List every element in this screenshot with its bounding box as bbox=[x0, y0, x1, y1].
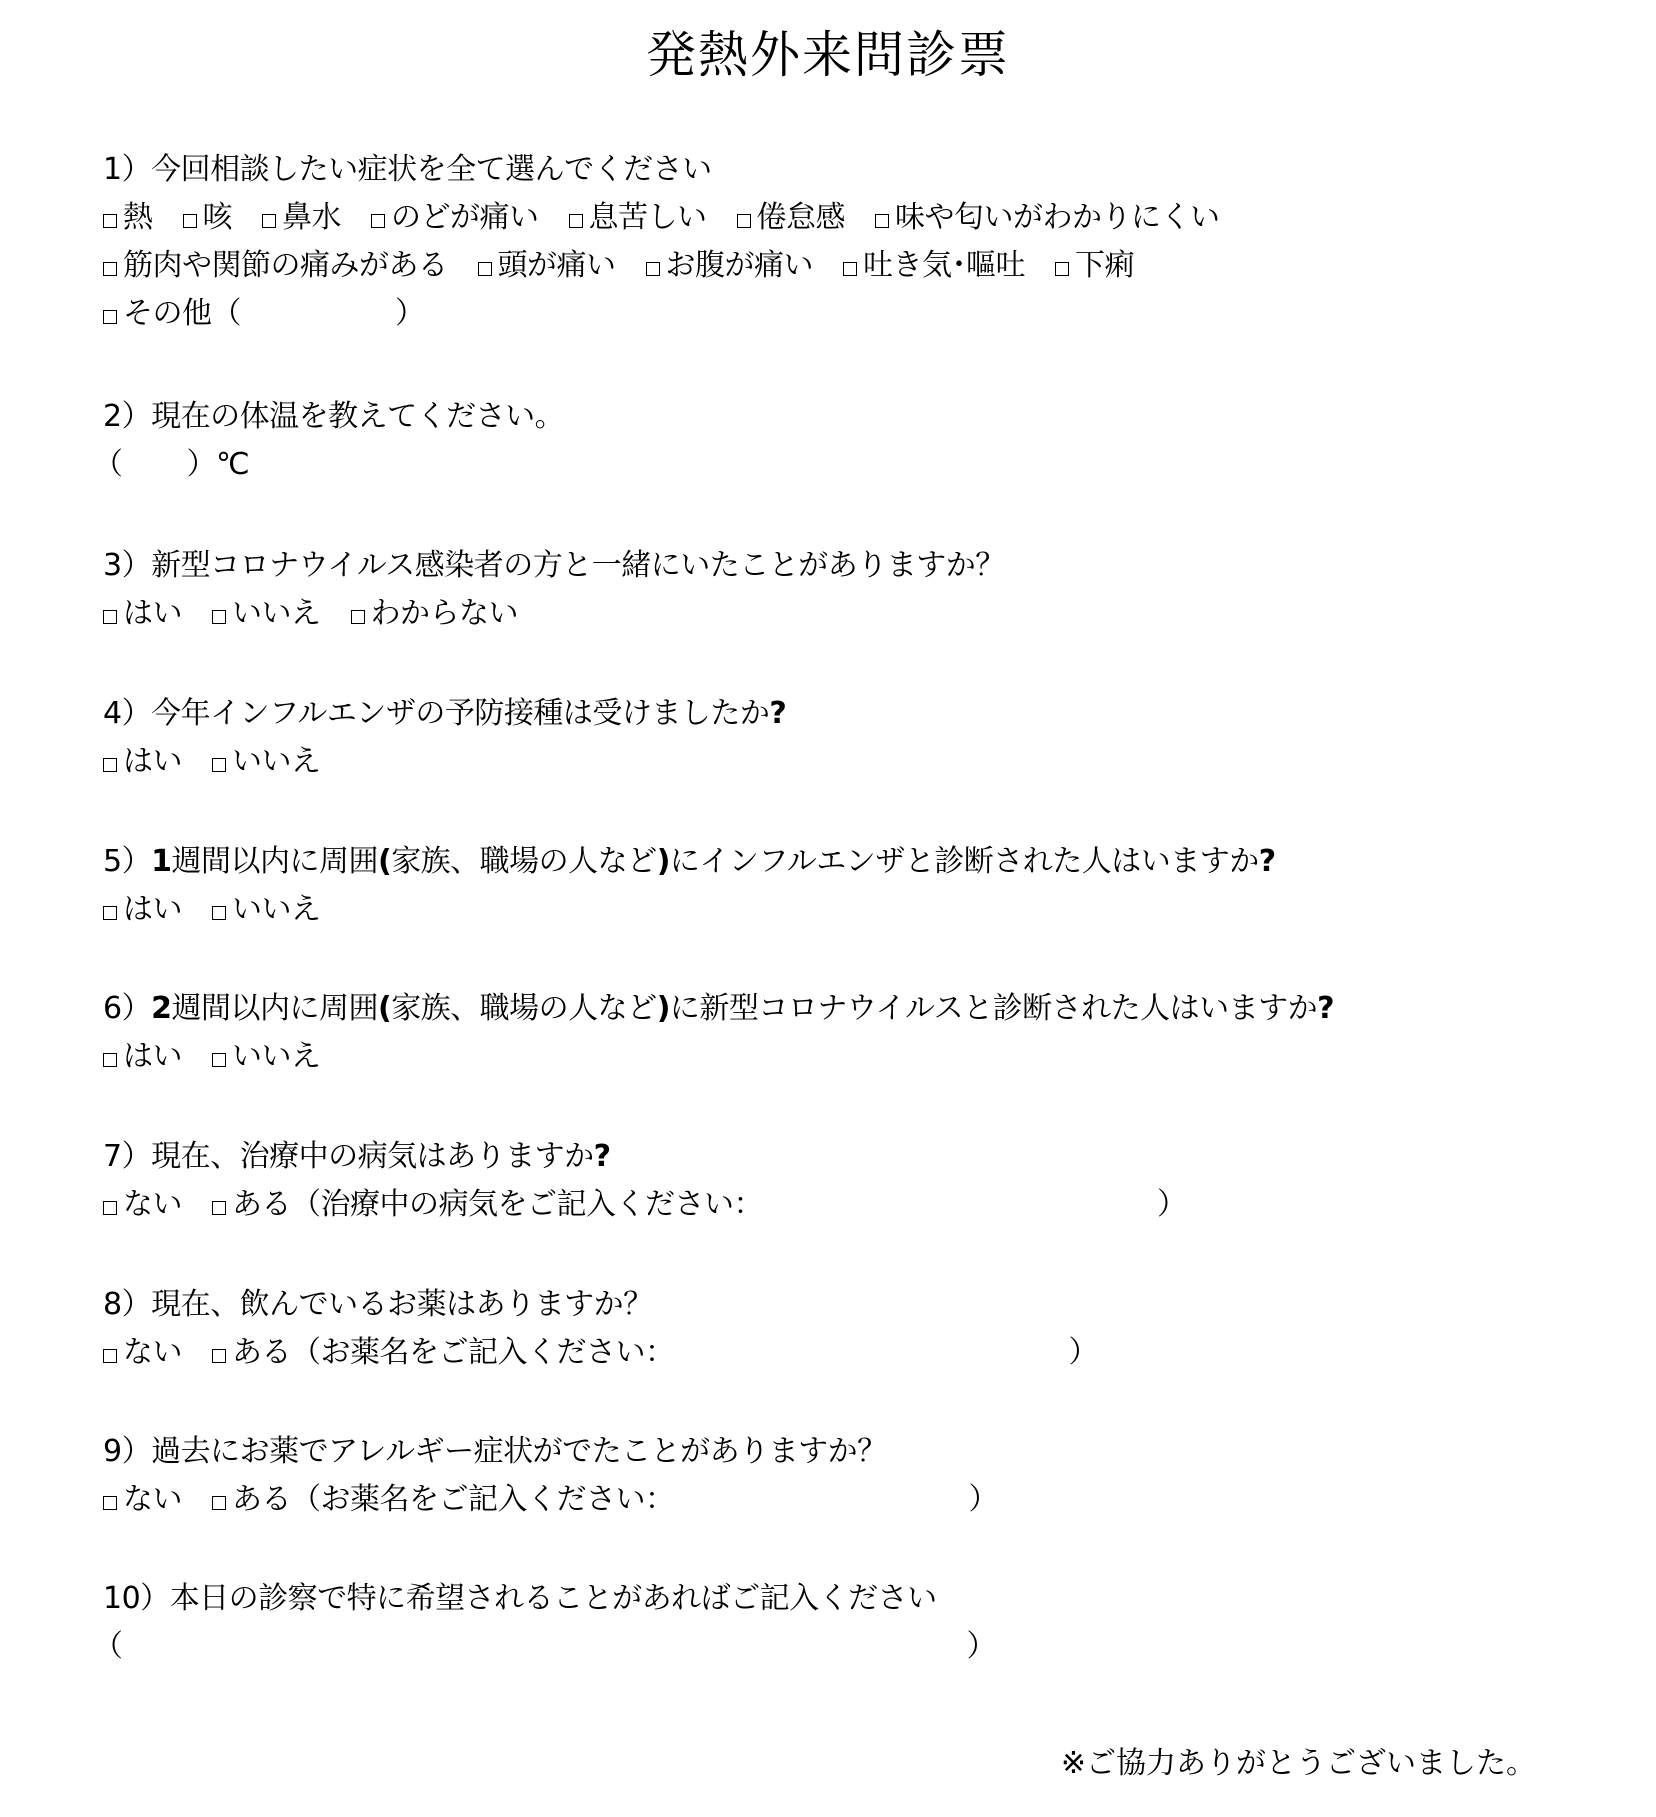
checkbox-icon[interactable] bbox=[103, 906, 117, 920]
question-label: 過去にお薬でアレルギー症状がでたことがありますか？ bbox=[151, 1434, 887, 1469]
question-8-text: 8）現在、飲んでいるお薬はありますか？ bbox=[103, 1281, 1623, 1329]
checkbox-icon[interactable] bbox=[212, 610, 226, 624]
question-number: 1） bbox=[103, 152, 151, 187]
paren-close: ) bbox=[657, 844, 670, 879]
temperature-input[interactable] bbox=[123, 446, 187, 484]
option-no[interactable]: いいえ bbox=[212, 590, 321, 638]
option-label: はい bbox=[123, 590, 182, 638]
checkbox-icon[interactable] bbox=[478, 262, 492, 276]
option-has-medication[interactable]: ある（お薬名をご記入ください： bbox=[212, 1329, 675, 1377]
symptom-cough[interactable]: 咳 bbox=[183, 194, 233, 242]
option-label: その他（ bbox=[123, 290, 241, 338]
checkbox-icon[interactable] bbox=[103, 1349, 117, 1363]
question-label: 家族、職場の人など bbox=[391, 844, 657, 879]
symptom-diarrhea[interactable]: 下痢 bbox=[1055, 242, 1134, 290]
question-1: 1）今回相談したい症状を全て選んでください 熱 咳 鼻水 のどが痛い 息苦しい … bbox=[103, 146, 1623, 338]
option-label: ある（治療中の病気をご記入ください： bbox=[232, 1181, 763, 1229]
question-label: 今年インフルエンザの予防接種は受けましたか bbox=[151, 696, 769, 731]
option-yes[interactable]: はい bbox=[103, 738, 182, 786]
question-label: 現在、飲んでいるお薬はありますか？ bbox=[151, 1287, 653, 1322]
question-number: 3） bbox=[103, 548, 151, 583]
symptom-muscle-joint-pain[interactable]: 筋肉や関節の痛みがある bbox=[103, 242, 448, 290]
week-count: 1 bbox=[151, 844, 171, 879]
question-2-text: 2）現在の体温を教えてください。 bbox=[103, 393, 1623, 441]
checkbox-icon[interactable] bbox=[212, 1496, 226, 1510]
answer-row: ない ある（お薬名をご記入ください： ） bbox=[103, 1476, 1623, 1524]
symptom-runny-nose[interactable]: 鼻水 bbox=[262, 194, 341, 242]
paren-close: ） bbox=[967, 1623, 997, 1671]
question-mark: ? bbox=[769, 696, 786, 731]
checkbox-icon[interactable] bbox=[212, 1349, 226, 1363]
paren-close: ） bbox=[1157, 1181, 1187, 1229]
option-label: 鼻水 bbox=[282, 194, 341, 242]
request-row: （ ） bbox=[103, 1623, 1623, 1671]
symptom-row-1: 熱 咳 鼻水 のどが痛い 息苦しい 倦怠感 味や匂いがわかりにくい bbox=[103, 194, 1623, 242]
option-label: 熱 bbox=[123, 194, 153, 242]
checkbox-icon[interactable] bbox=[843, 262, 857, 276]
symptom-fatigue[interactable]: 倦怠感 bbox=[737, 194, 846, 242]
answer-row: ない ある（治療中の病気をご記入ください： ） bbox=[103, 1181, 1623, 1229]
checkbox-icon[interactable] bbox=[103, 1496, 117, 1510]
option-label: 味や匂いがわかりにくい bbox=[895, 194, 1220, 242]
paren-close: ） bbox=[187, 441, 217, 489]
checkbox-icon[interactable] bbox=[103, 214, 117, 228]
paren-close: ) bbox=[657, 991, 670, 1026]
paren-open: ( bbox=[378, 991, 391, 1026]
option-label: 吐き気･嘔吐 bbox=[863, 242, 1025, 290]
question-number: 8） bbox=[103, 1287, 151, 1322]
thank-you-note: ※ご協力ありがとうございました。 bbox=[1061, 1740, 1536, 1788]
option-yes[interactable]: はい bbox=[103, 886, 182, 934]
symptom-row-2: 筋肉や関節の痛みがある 頭が痛い お腹が痛い 吐き気･嘔吐 下痢 bbox=[103, 242, 1623, 290]
option-label: はい bbox=[123, 738, 182, 786]
answer-row: はい いいえ bbox=[103, 1033, 1623, 1081]
paren-open: （ bbox=[93, 441, 123, 489]
question-label: 今回相談したい症状を全て選んでください bbox=[151, 152, 712, 187]
question-8: 8）現在、飲んでいるお薬はありますか？ ない ある（お薬名をご記入ください： ） bbox=[103, 1281, 1623, 1377]
checkbox-icon[interactable] bbox=[1055, 262, 1069, 276]
medication-name-input[interactable] bbox=[675, 1334, 1069, 1372]
symptom-shortness-of-breath[interactable]: 息苦しい bbox=[569, 194, 707, 242]
option-label: いいえ bbox=[232, 590, 321, 638]
paren-close: ） bbox=[1069, 1329, 1099, 1377]
celsius-unit: ℃ bbox=[216, 441, 249, 489]
option-label: のどが痛い bbox=[391, 194, 539, 242]
checkbox-icon[interactable] bbox=[103, 1201, 117, 1215]
checkbox-icon[interactable] bbox=[875, 214, 889, 228]
paren-close: ） bbox=[395, 290, 425, 338]
answer-row: はい いいえ bbox=[103, 886, 1623, 934]
checkbox-icon[interactable] bbox=[103, 1053, 117, 1067]
question-number: 4） bbox=[103, 696, 151, 731]
question-6: 6）2週間以内に周囲(家族、職場の人など)に新型コロナウイルスと診断された人はい… bbox=[103, 985, 1623, 1081]
answer-row: はい いいえ わからない bbox=[103, 590, 1623, 638]
question-number: 9） bbox=[103, 1434, 151, 1469]
question-9-text: 9）過去にお薬でアレルギー症状がでたことがありますか？ bbox=[103, 1428, 1623, 1476]
option-label: 息苦しい bbox=[589, 194, 707, 242]
question-9: 9）過去にお薬でアレルギー症状がでたことがありますか？ ない ある（お薬名をご記… bbox=[103, 1428, 1623, 1524]
disease-name-input[interactable] bbox=[763, 1186, 1157, 1224]
option-label: 倦怠感 bbox=[757, 194, 846, 242]
option-label: いいえ bbox=[232, 738, 321, 786]
option-yes[interactable]: はい bbox=[103, 1033, 182, 1081]
checkbox-icon[interactable] bbox=[183, 214, 197, 228]
checkbox-icon[interactable] bbox=[371, 214, 385, 228]
symptom-headache[interactable]: 頭が痛い bbox=[478, 242, 616, 290]
temperature-row: （ ）℃ bbox=[103, 441, 1623, 489]
checkbox-icon[interactable] bbox=[212, 758, 226, 772]
question-label: にインフルエンザと診断された人はいますか bbox=[670, 844, 1259, 879]
symptom-other-input[interactable] bbox=[241, 295, 395, 333]
page-title: 発熱外来問診票 bbox=[0, 22, 1656, 88]
option-no[interactable]: いいえ bbox=[212, 738, 321, 786]
question-label: 新型コロナウイルス感染者の方と一緒にいたことがありますか？ bbox=[151, 548, 1005, 583]
option-label: はい bbox=[123, 886, 182, 934]
question-number: 6） bbox=[103, 991, 151, 1026]
question-2: 2）現在の体温を教えてください。 （ ）℃ bbox=[103, 393, 1623, 489]
question-number: 5） bbox=[103, 844, 151, 879]
checkbox-icon[interactable] bbox=[646, 262, 660, 276]
question-3-text: 3）新型コロナウイルス感染者の方と一緒にいたことがありますか？ bbox=[103, 542, 1623, 590]
checkbox-icon[interactable] bbox=[212, 906, 226, 920]
checkbox-icon[interactable] bbox=[103, 310, 117, 324]
question-label: 週間以内に周囲 bbox=[171, 991, 378, 1026]
question-number: 7） bbox=[103, 1139, 151, 1174]
symptom-sore-throat[interactable]: のどが痛い bbox=[371, 194, 539, 242]
option-label: いいえ bbox=[232, 886, 321, 934]
option-label: ある（お薬名をご記入ください： bbox=[232, 1329, 675, 1377]
option-label: ない bbox=[123, 1181, 182, 1229]
question-5: 5）1週間以内に周囲(家族、職場の人など)にインフルエンザと診断された人はいます… bbox=[103, 838, 1623, 934]
question-label: 現在の体温を教えてください。 bbox=[151, 399, 564, 434]
option-label: 咳 bbox=[203, 194, 233, 242]
question-5-text: 5）1週間以内に周囲(家族、職場の人など)にインフルエンザと診断された人はいます… bbox=[103, 838, 1623, 886]
question-label: 週間以内に周囲 bbox=[171, 844, 378, 879]
question-label: 本日の診察で特に希望されることがあればご記入ください bbox=[170, 1581, 937, 1616]
answer-row: はい いいえ bbox=[103, 738, 1623, 786]
question-10: 10）本日の診察で特に希望されることがあればご記入ください （ ） bbox=[103, 1575, 1623, 1671]
symptom-nausea-vomiting[interactable]: 吐き気･嘔吐 bbox=[843, 242, 1025, 290]
option-label: わからない bbox=[371, 590, 519, 638]
checkbox-icon[interactable] bbox=[262, 214, 276, 228]
question-7-text: 7）現在、治療中の病気はありますか? bbox=[103, 1133, 1623, 1181]
checkbox-icon[interactable] bbox=[103, 610, 117, 624]
question-3: 3）新型コロナウイルス感染者の方と一緒にいたことがありますか？ はい いいえ わ… bbox=[103, 542, 1623, 638]
symptom-taste-smell-loss[interactable]: 味や匂いがわかりにくい bbox=[875, 194, 1220, 242]
symptom-stomachache[interactable]: お腹が痛い bbox=[646, 242, 814, 290]
question-label: に新型コロナウイルスと診断された人はいますか bbox=[670, 991, 1317, 1026]
option-label: ない bbox=[123, 1476, 182, 1524]
option-none[interactable]: ない bbox=[103, 1329, 182, 1377]
question-1-text: 1）今回相談したい症状を全て選んでください bbox=[103, 146, 1623, 194]
option-label: お腹が痛い bbox=[666, 242, 814, 290]
option-none[interactable]: ない bbox=[103, 1181, 182, 1229]
checkbox-icon[interactable] bbox=[103, 758, 117, 772]
question-number: 2） bbox=[103, 399, 151, 434]
symptom-other[interactable]: その他（ bbox=[103, 290, 241, 338]
option-has-disease[interactable]: ある（治療中の病気をご記入ください： bbox=[212, 1181, 763, 1229]
checkbox-icon[interactable] bbox=[212, 1201, 226, 1215]
option-label: いいえ bbox=[232, 1033, 321, 1081]
checkbox-icon[interactable] bbox=[569, 214, 583, 228]
question-7: 7）現在、治療中の病気はありますか? ない ある（治療中の病気をご記入ください：… bbox=[103, 1133, 1623, 1229]
checkbox-icon[interactable] bbox=[212, 1053, 226, 1067]
paren-open: ( bbox=[378, 844, 391, 879]
answer-row: ない ある（お薬名をご記入ください： ） bbox=[103, 1329, 1623, 1377]
question-mark: ? bbox=[594, 1139, 611, 1174]
checkbox-icon[interactable] bbox=[103, 262, 117, 276]
question-number: 10） bbox=[103, 1581, 170, 1616]
option-yes[interactable]: はい bbox=[103, 590, 182, 638]
option-label: 下痢 bbox=[1075, 242, 1134, 290]
option-no[interactable]: いいえ bbox=[212, 1033, 321, 1081]
allergy-medication-input[interactable] bbox=[675, 1481, 969, 1519]
option-label: 頭が痛い bbox=[498, 242, 616, 290]
question-mark: ? bbox=[1259, 844, 1276, 879]
question-4: 4）今年インフルエンザの予防接種は受けましたか? はい いいえ bbox=[103, 690, 1623, 786]
checkbox-icon[interactable] bbox=[737, 214, 751, 228]
paren-close: ） bbox=[969, 1476, 999, 1524]
checkbox-icon[interactable] bbox=[351, 610, 365, 624]
option-label: はい bbox=[123, 1033, 182, 1081]
question-mark: ? bbox=[1317, 991, 1334, 1026]
questionnaire-page: 発熱外来問診票 1）今回相談したい症状を全て選んでください 熱 咳 鼻水 のどが… bbox=[0, 0, 1656, 1817]
symptom-row-3: その他（ ） bbox=[103, 290, 1623, 338]
option-has-allergy[interactable]: ある（お薬名をご記入ください： bbox=[212, 1476, 675, 1524]
option-label: 筋肉や関節の痛みがある bbox=[123, 242, 448, 290]
option-label: ある（お薬名をご記入ください： bbox=[232, 1476, 675, 1524]
question-4-text: 4）今年インフルエンザの予防接種は受けましたか? bbox=[103, 690, 1623, 738]
question-10-text: 10）本日の診察で特に希望されることがあればご記入ください bbox=[103, 1575, 1623, 1623]
question-label: 家族、職場の人など bbox=[391, 991, 657, 1026]
option-label: ない bbox=[123, 1329, 182, 1377]
question-6-text: 6）2週間以内に周囲(家族、職場の人など)に新型コロナウイルスと診断された人はい… bbox=[103, 985, 1623, 1033]
symptom-fever[interactable]: 熱 bbox=[103, 194, 153, 242]
option-no[interactable]: いいえ bbox=[212, 886, 321, 934]
request-input[interactable] bbox=[123, 1628, 967, 1666]
option-unknown[interactable]: わからない bbox=[351, 590, 519, 638]
option-none[interactable]: ない bbox=[103, 1476, 182, 1524]
paren-open: （ bbox=[93, 1623, 123, 1671]
week-count: 2 bbox=[151, 991, 171, 1026]
question-label: 現在、治療中の病気はありますか bbox=[151, 1139, 594, 1174]
